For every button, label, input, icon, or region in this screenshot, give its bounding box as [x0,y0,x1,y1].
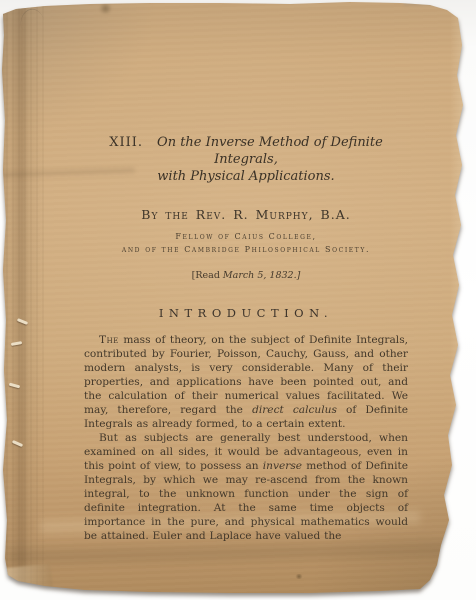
stain [295,574,303,579]
article-title-line2: with Physical Applications. [84,168,408,185]
paragraph: But as subjects are generally best under… [84,431,408,543]
text-run-lead: The [99,334,119,346]
page-content: XIII.On the Inverse Method of Definite I… [84,134,408,543]
stain [98,3,113,14]
read-note-date: March 5, 1832.] [223,270,300,281]
section-heading: INTRODUCTION. [84,306,408,320]
byline: By the Rev. R. Murphy, B.A. [84,207,408,222]
read-note-prefix: [Read [192,270,223,281]
article-title: XIII.On the Inverse Method of Definite I… [84,134,408,185]
article-body: The mass of theory, on the subject of De… [84,333,408,543]
paper-page: XIII.On the Inverse Method of Definite I… [0,0,476,600]
binding-spine [0,0,44,600]
affiliation-line: and of the Cambridge Philosophical Socie… [84,245,408,254]
torn-right-edge-highlight [450,0,476,600]
paragraph: The mass of theory, on the subject of De… [84,333,408,431]
text-run-italic: inverse [263,460,302,472]
text-run: method of Definite Integrals, by which w… [84,460,408,542]
article-title-line1: XIII.On the Inverse Method of Definite I… [84,134,408,168]
article-number: XIII. [109,135,143,150]
read-note: [Read March 5, 1832.] [84,270,408,281]
affiliation-line: Fellow of Caius College, [84,232,408,241]
smudge [404,0,458,7]
scanned-paper-photo: XIII.On the Inverse Method of Definite I… [0,0,476,600]
text-run-italic: direct calculus [252,404,337,416]
title-text-line1: On the Inverse Method of Definite Integr… [157,135,383,167]
paper-shadow: XIII.On the Inverse Method of Definite I… [0,0,476,600]
